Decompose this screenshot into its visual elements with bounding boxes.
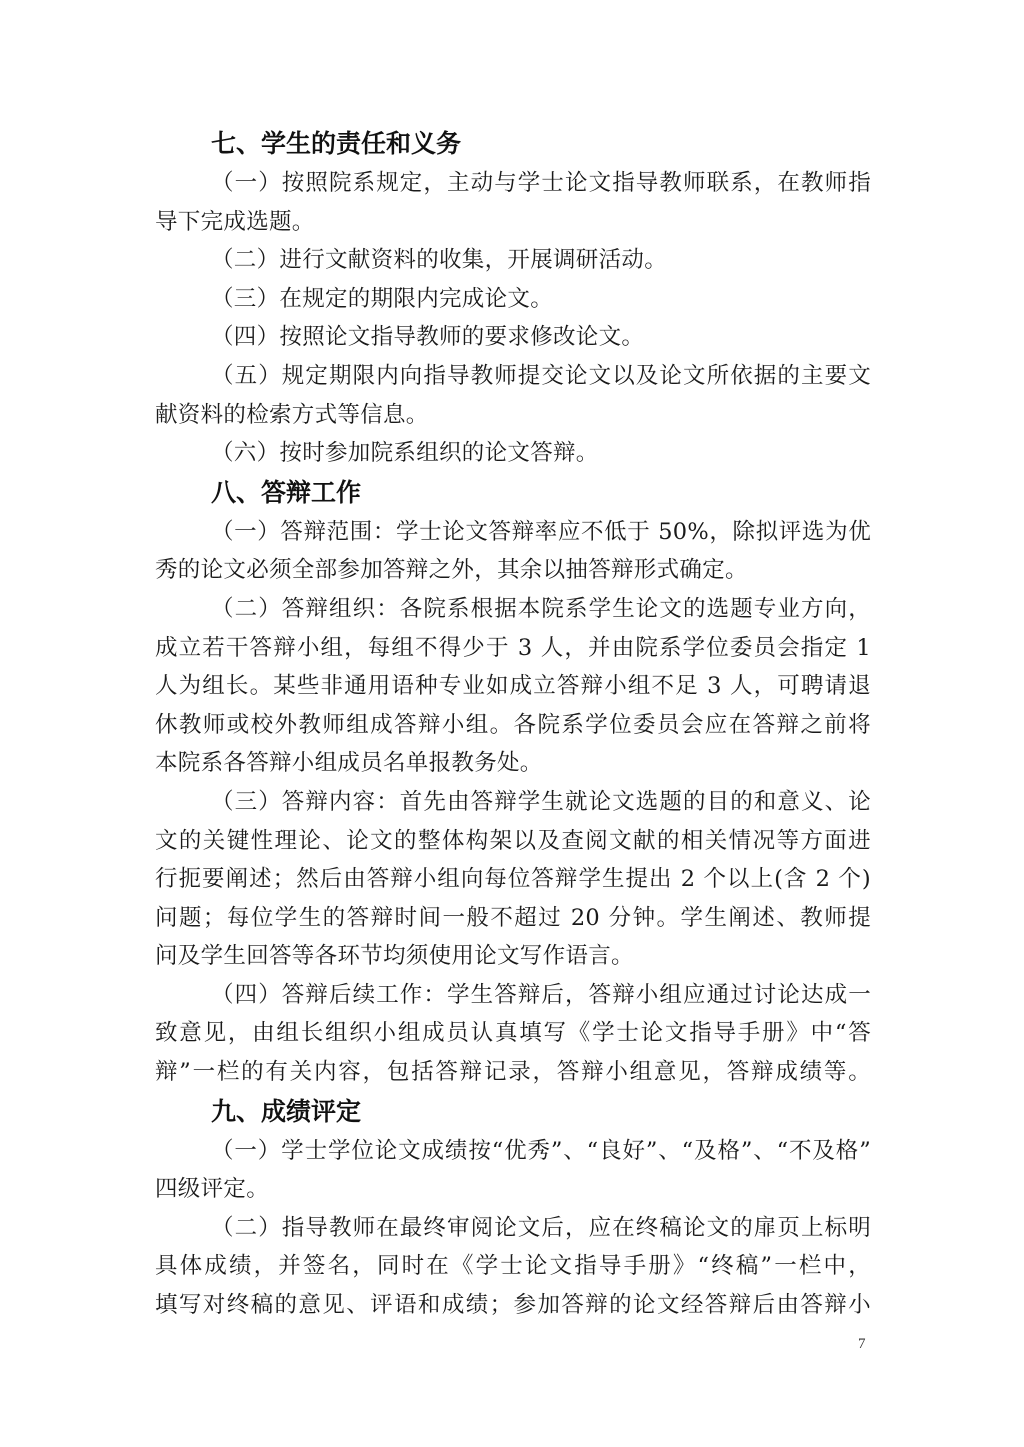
document-page: 七、学生的责任和义务（一）按照院系规定，主动与学士论文指导教师联系，在教师指导下… <box>155 124 871 1325</box>
paragraph-line: 休教师或校外教师组成答辩小组。各院系学位委员会应在答辩之前将 <box>155 706 871 745</box>
page-number: 7 <box>858 1336 866 1353</box>
paragraph-line-first: （二）指导教师在最终审阅论文后，应在终稿论文的扉页上标明 <box>155 1209 871 1248</box>
paragraph-line: 导下完成选题。 <box>155 203 871 242</box>
paragraph-line-first: （二）答辩组织：各院系根据本院系学生论文的选题专业方向， <box>155 590 871 629</box>
paragraph-line: 致意见，由组长组织小组成员认真填写《学士论文指导手册》中“答 <box>155 1014 871 1053</box>
paragraph-line-first: （三）答辩内容：首先由答辩学生就论文选题的目的和意义、论 <box>155 783 871 822</box>
paragraph-line: 问及学生回答等各环节均须使用论文写作语言。 <box>155 937 871 976</box>
paragraph-line-first: （一）答辩范围：学士论文答辩率应不低于 50%，除拟评选为优 <box>155 513 871 552</box>
paragraph-line: 行扼要阐述；然后由答辩小组向每位答辩学生提出 2 个以上(含 2 个) <box>155 860 871 899</box>
paragraph-line-first: （一）按照院系规定，主动与学士论文指导教师联系，在教师指 <box>155 164 871 203</box>
section-heading: 七、学生的责任和义务 <box>155 124 871 164</box>
paragraph-line: 辩”一栏的有关内容，包括答辩记录，答辩小组意见，答辩成绩等。 <box>155 1053 871 1092</box>
paragraph-line: 本院系各答辩小组成员名单报教务处。 <box>155 744 871 783</box>
paragraph-line-first: （五）规定期限内向指导教师提交论文以及论文所依据的主要文 <box>155 357 871 396</box>
paragraph-line-first: （二）进行文献资料的收集，开展调研活动。 <box>155 241 871 280</box>
paragraph-line-first: （六）按时参加院系组织的论文答辩。 <box>155 434 871 473</box>
section-heading: 九、成绩评定 <box>155 1092 871 1132</box>
paragraph-line-first: （四）答辩后续工作：学生答辩后，答辩小组应通过讨论达成一 <box>155 976 871 1015</box>
paragraph-line: 填写对终稿的意见、评语和成绩；参加答辩的论文经答辩后由答辩小 <box>155 1286 871 1325</box>
paragraph-line: 成立若干答辩小组，每组不得少于 3 人，并由院系学位委员会指定 1 <box>155 629 871 668</box>
paragraph-line: 具体成绩，并签名，同时在《学士论文指导手册》“终稿”一栏中， <box>155 1247 871 1286</box>
paragraph-line: 四级评定。 <box>155 1170 871 1209</box>
paragraph-line-first: （四）按照论文指导教师的要求修改论文。 <box>155 318 871 357</box>
paragraph-line: 文的关键性理论、论文的整体构架以及查阅文献的相关情况等方面进 <box>155 822 871 861</box>
paragraph-line: 献资料的检索方式等信息。 <box>155 396 871 435</box>
paragraph-line: 秀的论文必须全部参加答辩之外，其余以抽答辩形式确定。 <box>155 551 871 590</box>
paragraph-line-first: （一）学士学位论文成绩按“优秀”、“良好”、“及格”、“不及格” <box>155 1132 871 1171</box>
paragraph-line: 问题；每位学生的答辩时间一般不超过 20 分钟。学生阐述、教师提 <box>155 899 871 938</box>
paragraph-line: 人为组长。某些非通用语种专业如成立答辩小组不足 3 人，可聘请退 <box>155 667 871 706</box>
paragraph-line-first: （三）在规定的期限内完成论文。 <box>155 280 871 319</box>
section-heading: 八、答辩工作 <box>155 473 871 513</box>
